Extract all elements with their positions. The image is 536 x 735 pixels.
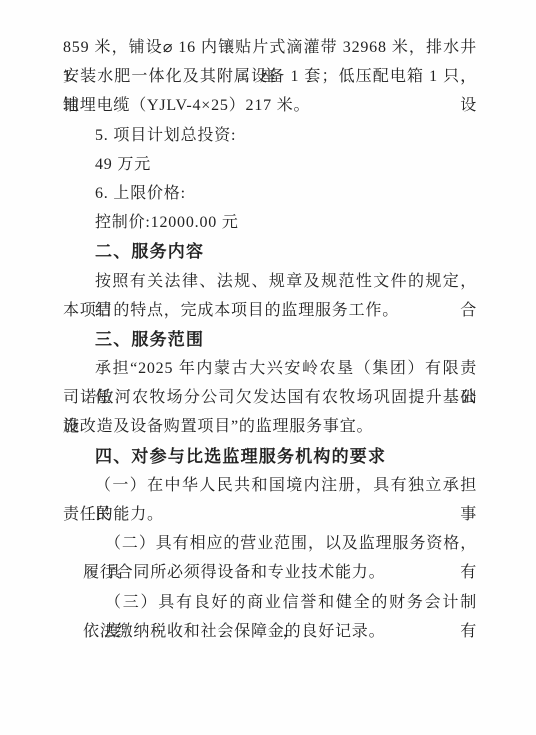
document-line: （二）具有相应的营业范围，以及监理服务资格，具有 bbox=[63, 529, 477, 558]
document-line: 承担“2025 年内蒙古大兴安岭农垦（集团）有限责任公 bbox=[63, 354, 477, 383]
document-line: 按照有关法律、法规、规章及规范性文件的规定，结合 bbox=[63, 267, 477, 296]
document-line: 5. 项目计划总投资: bbox=[63, 121, 477, 150]
document-line: 6. 上限价格: bbox=[63, 179, 477, 208]
document-body: 859 米，铺设⌀ 16 内镶贴片式滴灌带 32968 米，排水井 1 座， 安… bbox=[63, 33, 477, 646]
document-line: （三）具有良好的商业信誉和健全的财务会计制度，有 bbox=[63, 588, 477, 617]
document-line: 859 米，铺设⌀ 16 内镶贴片式滴灌带 32968 米，排水井 1 座， bbox=[63, 33, 477, 62]
document-line: 安装水肥一体化及其附属设备 1 套；低压配电箱 1 只，铺设 bbox=[63, 62, 477, 91]
document-line: 司诺敏河农牧场分公司欠发达国有农牧场巩固提升基础设 bbox=[63, 383, 477, 412]
document-line: 49 万元 bbox=[63, 150, 477, 179]
document-page: 859 米，铺设⌀ 16 内镶贴片式滴灌带 32968 米，排水井 1 座， 安… bbox=[0, 0, 536, 735]
document-line: 施改造及设备购置项目”的监理服务事宜。 bbox=[63, 412, 477, 441]
section-heading-bidder-requirements: 四、对参与比选监理服务机构的要求 bbox=[63, 442, 477, 471]
document-line: （一）在中华人民共和国境内注册，具有独立承担民事 bbox=[63, 471, 477, 500]
document-line: 控制价:12000.00 元 bbox=[63, 208, 477, 237]
section-heading-service-scope: 三、服务范围 bbox=[63, 325, 477, 354]
section-heading-service-content: 二、服务内容 bbox=[63, 237, 477, 266]
